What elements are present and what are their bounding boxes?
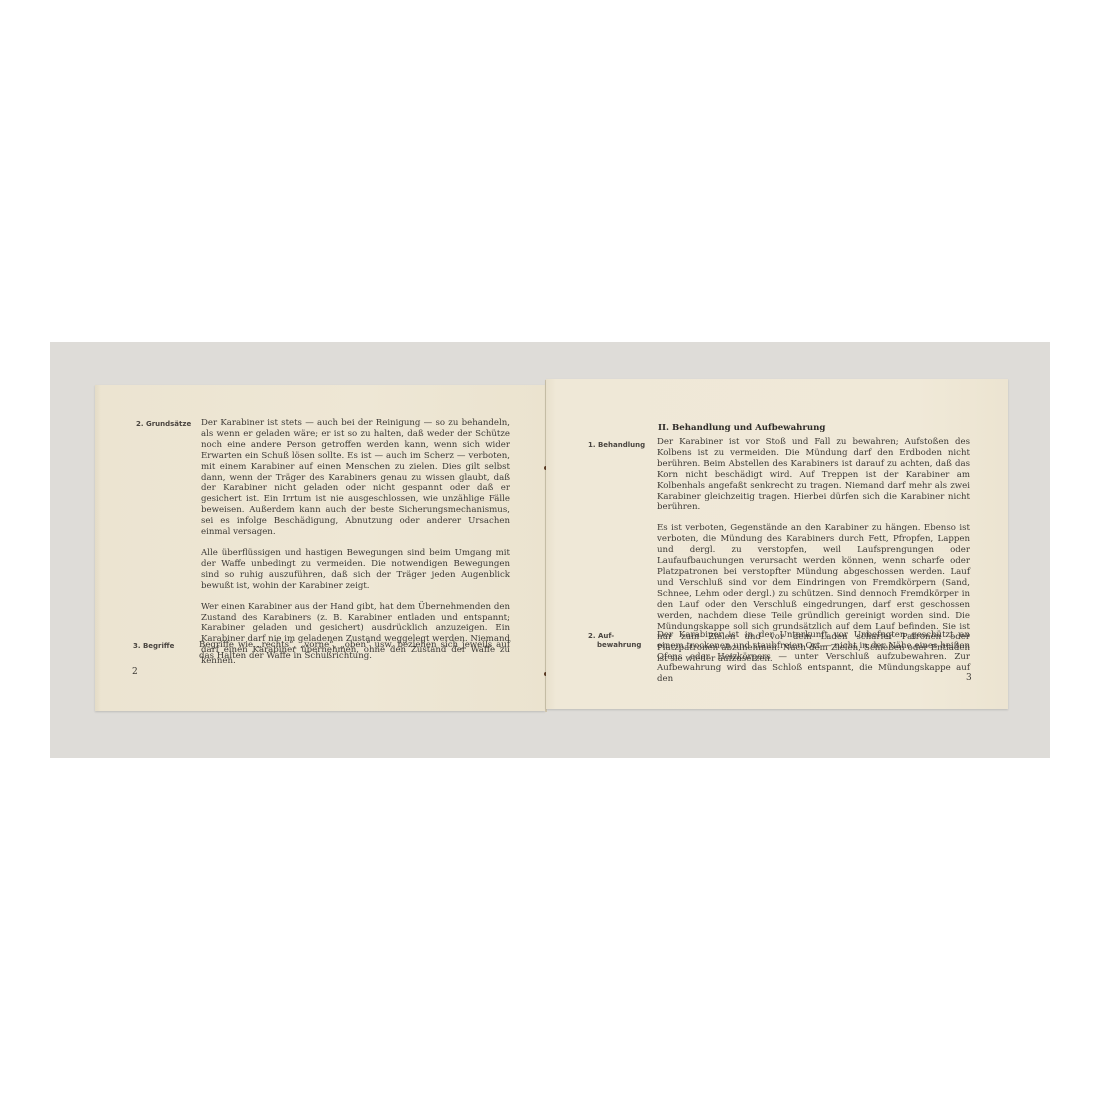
section-body-aufbewahrung: Der Karabiner ist in der Unterkunft vor … <box>657 630 970 695</box>
label-line: bewahrung <box>588 641 641 650</box>
page-number-left: 2 <box>132 667 138 677</box>
section-label-begriffe: 3. Begriffe <box>133 642 174 651</box>
section-body-grundsaetze: Der Karabiner ist stets — auch bei der R… <box>201 418 510 677</box>
paragraph: Der Karabiner ist stets — auch bei der R… <box>201 418 510 538</box>
chapter-heading: II. Behandlung und Aufbewahrung <box>658 423 825 433</box>
paragraph: Alle überflüssigen und hastigen Bewegung… <box>201 548 510 592</box>
paragraph: Der Karabiner ist vor Stoß und Fall zu b… <box>657 437 970 513</box>
page-number-right: 3 <box>966 673 972 683</box>
section-body-begriffe: Begriffe wie „rechts“, „vorne“, „oben“ u… <box>199 640 510 672</box>
section-label-aufbewahrung: 2. Auf- bewahrung <box>588 632 641 650</box>
section-label-grundsaetze: 2. Grundsätze <box>136 420 191 429</box>
paragraph: Begriffe wie „rechts“, „vorne“, „oben“ u… <box>199 640 510 662</box>
paragraph: Der Karabiner ist in der Unterkunft vor … <box>657 630 970 685</box>
label-line: 2. Auf- <box>588 632 641 641</box>
section-label-behandlung: 1. Behandlung <box>588 441 645 450</box>
